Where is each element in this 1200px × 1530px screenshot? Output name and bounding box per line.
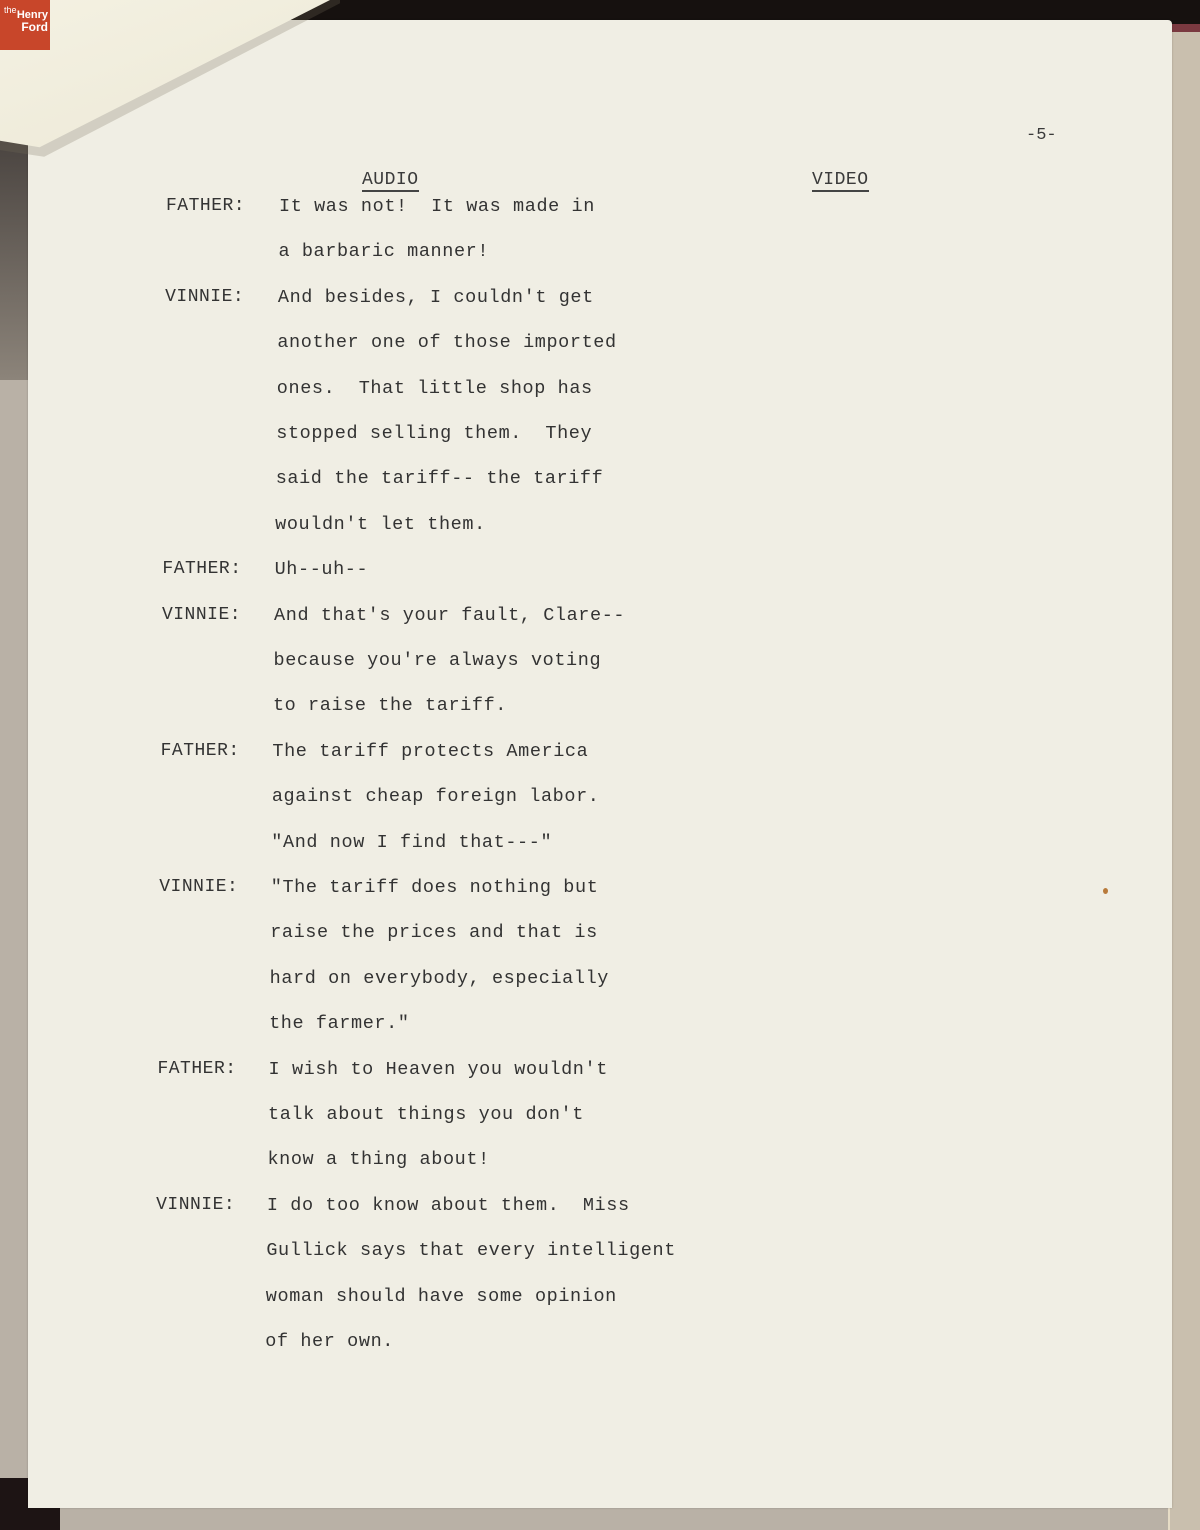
dialogue-line: woman should have some opinion (266, 1286, 617, 1307)
speaker-label: VINNIE: (162, 605, 241, 625)
dialogue-line: hard on everybody, especially (270, 968, 609, 989)
dialogue-line: I wish to Heaven you wouldn't (269, 1059, 608, 1080)
speaker-label: VINNIE: (159, 877, 238, 897)
dialogue-line: another one of those imported (277, 332, 616, 353)
dialogue-line: Uh--uh-- (275, 559, 369, 580)
audio-column-header: AUDIO (362, 170, 419, 192)
dialogue-line: raise the prices and that is (270, 922, 598, 943)
script-page: -5- AUDIO VIDEO FATHER:It was not! It wa… (28, 20, 1172, 1508)
dialogue-line: And that's your fault, Clare-- (274, 605, 625, 626)
speaker-label: FATHER: (161, 741, 240, 761)
dialogue-line: because you're always voting (274, 650, 602, 671)
paper-speck (1103, 888, 1108, 894)
dialogue-line: "And now I find that---" (271, 832, 552, 853)
speaker-label: FATHER: (157, 1059, 236, 1079)
page-number: -5- (1026, 126, 1057, 145)
scan-background-left (0, 140, 28, 380)
dialogue-line: know a thing about! (267, 1149, 489, 1170)
dialogue-line: a barbaric manner! (278, 241, 489, 262)
speaker-label: VINNIE: (156, 1195, 235, 1215)
dialogue-line: And besides, I couldn't get (278, 287, 594, 308)
video-column-header: VIDEO (812, 170, 869, 192)
dialogue-line: stopped selling them. They (276, 423, 592, 444)
dialogue-line: It was not! It was made in (279, 196, 595, 217)
speaker-label: VINNIE: (165, 287, 244, 307)
binder-trim (1170, 24, 1200, 32)
dialogue-line: The tariff protects America (272, 741, 588, 762)
dialogue-line: I do too know about them. Miss (267, 1195, 630, 1216)
dialogue-line: the farmer." (269, 1013, 409, 1034)
dialogue-line: "The tariff does nothing but (271, 877, 599, 898)
dialogue-line: Gullick says that every intelligent (266, 1240, 676, 1261)
dialogue-line: said the tariff-- the tariff (276, 468, 604, 489)
speaker-label: FATHER: (162, 559, 241, 579)
dialogue-line: against cheap foreign labor. (272, 786, 600, 807)
speaker-label: FATHER: (166, 196, 245, 216)
logo-ford: Ford (4, 21, 48, 33)
dialogue-line: ones. That little shop has (277, 378, 593, 399)
dialogue-line: to raise the tariff. (273, 695, 507, 716)
dialogue-line: of her own. (265, 1331, 394, 1352)
dialogue-line: talk about things you don't (268, 1104, 584, 1125)
dialogue-line: wouldn't let them. (275, 514, 486, 535)
henry-ford-logo: the Henry Ford (0, 0, 50, 50)
binder-edge (1168, 24, 1200, 1530)
